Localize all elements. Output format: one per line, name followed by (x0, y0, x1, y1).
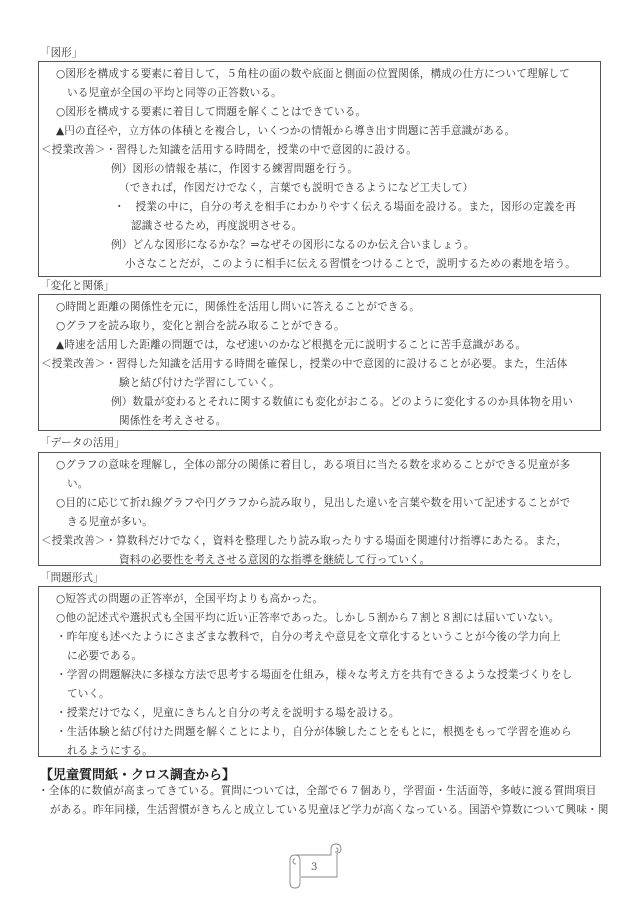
text-line: 例）図形の情報を基に，作図する練習問題を行う。 (111, 162, 358, 176)
survey-heading: 【児童質問紙・クロス調査から】 (40, 764, 235, 783)
text-line: ○時間と距離の関係性を元に，関係性を活用し問いに答えることができる。 (56, 300, 420, 314)
text-line: ○グラフの意味を理解し，全体の部分の関係に着目し，ある項目に当たる数を求めること… (56, 458, 570, 472)
section-label-question-format: 「問題形式」 (40, 571, 104, 585)
text-line: 例）数量が変わるとそれに関する数値にも変化がおこる。どのように変化するのか具体物… (111, 395, 573, 409)
text-line: （できれば，作図だけでなく，言葉でも説明できるようになど工夫して） (119, 181, 473, 195)
section-label-data-use: 「データの活用」 (40, 436, 125, 450)
page-number: 3 (311, 862, 317, 873)
text-line: い。 (67, 477, 89, 491)
section-box-change-relation: ○時間と距離の関係性を元に，関係性を活用し問いに答えることができる。 ○グラフを… (38, 294, 601, 431)
text-line: ・授業だけでなく，児童にきちんと自分の考えを説明する場を設ける。 (56, 706, 400, 720)
text-line: ＜授業改善＞・算数科だけでなく，資料を整理したり読み取ったりする場面を関連付け指… (41, 534, 567, 548)
text-line: れるようにする。 (67, 744, 153, 758)
text-line: いる児童が全国の平均と同等の正答数いる。 (67, 86, 282, 100)
text-line: 験と結び付けた学習にしていく。 (119, 376, 280, 390)
text-line: ▲時速を活用した距離の問題では，なぜ速いのかなど根拠を元に説明することに苦手意識… (56, 338, 526, 352)
survey-text-line: がある。昨年同様，生活習慣がきちんと成立している児童ほど学力が高くなっている。国… (50, 803, 608, 817)
section-box-question-format: ○短答式の問題の正答率が，全国平均よりも高かった。 ○他の記述式や選択式も全国平… (38, 586, 601, 757)
text-line: ○グラフを読み取り，変化と割合を読み取ることができる。 (56, 319, 345, 333)
text-line: きる児童が多い。 (67, 515, 153, 529)
text-line: ＜授業改善＞・習得した知識を活用する時間を，授業の中で意図的に設ける。 (41, 143, 417, 157)
text-line: 小さなことだが，このように相手に伝える習慣をつけることで，説明するための素地を培… (125, 257, 576, 271)
text-line: ▲円の直径や，立方体の体積とを複合し，いくつかの情報から導き出す問題に苦手意識が… (56, 124, 515, 138)
section-label-figures: 「図形」 (40, 46, 82, 60)
document-page: 「図形」 ○図形を構成する要素に着目して，５角柱の面の数や底面と側面の位置関係，… (0, 0, 640, 905)
text-line: ○他の記述式や選択式も全国平均に近い正答率であった。しかし５割から７割と８割には… (56, 611, 560, 625)
section-box-figures: ○図形を構成する要素に着目して，５角柱の面の数や底面と側面の位置関係，構成の仕方… (38, 61, 601, 277)
text-line: 認識させるため，再度説明させる。 (131, 219, 302, 233)
text-line: ていく。 (67, 687, 110, 701)
text-line: 関係性を考えさせる。 (119, 414, 226, 428)
text-line: ・生活体験と結び付けた問題を解くことにより，自分が体験したことをもとに，根拠をも… (56, 725, 572, 739)
text-line: 例）どんな図形になるかな？⇒なぜその図形になるのか伝え合いましょう。 (111, 238, 475, 252)
text-line: ○短答式の問題の正答率が，全国平均よりも高かった。 (56, 592, 323, 606)
text-line: ○図形を構成する要素に着目して問題を解くことはできている。 (56, 105, 366, 119)
text-line: に必要である。 (67, 649, 142, 663)
text-line: ○図形を構成する要素に着目して，５角柱の面の数や底面と側面の位置関係，構成の仕方… (56, 67, 570, 81)
section-label-change-relation: 「変化と関係」 (40, 279, 114, 293)
section-box-data-use: ○グラフの意味を理解し，全体の部分の関係に着目し，ある項目に当たる数を求めること… (38, 452, 601, 566)
survey-text-line: ・全体的に数値が高まってきている。質問については，全部で６７個あり，学習面・生活… (38, 784, 596, 798)
text-line: ○目的に応じて折れ線グラフや円グラフから読み取り，見出した違いを言葉や数を用いて… (56, 496, 570, 510)
text-line: ・ 授業の中に，自分の考えを相手にわかりやすく伝える場面を設ける。また，図形の定… (114, 200, 576, 214)
text-line: 資料の必要性を考えさせる意図的な指導を継続して行っていく。 (119, 553, 430, 567)
text-line: ＜授業改善＞・習得した知識を活用する時間を確保し，授業の中で意図的に設けることが… (41, 357, 567, 371)
text-line: ・学習の問題解決に多様な方法で思考する場面を仕組み，様々な考え方を共有できるよう… (56, 668, 572, 682)
text-line: ・昨年度も述べたようにさまざまな教科で，自分の考えや意見を文章化するということが… (56, 630, 561, 644)
